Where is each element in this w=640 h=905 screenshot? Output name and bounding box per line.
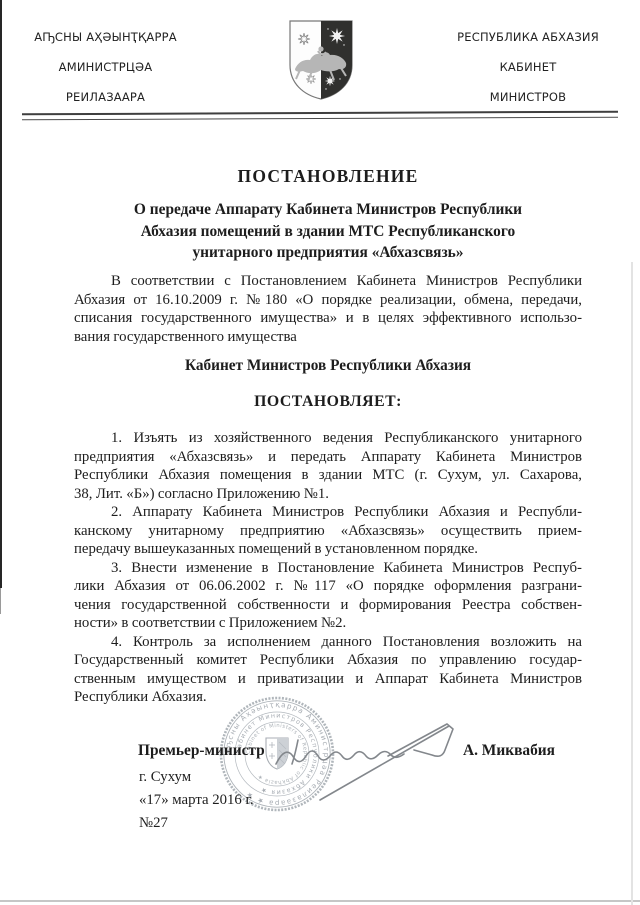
text-line: ности» в соответствии с Приложением №2. xyxy=(74,614,582,633)
header-line: РЕИЛАЗААРА xyxy=(18,82,193,112)
text-line: канскому унитарному предприятию «Абхазсв… xyxy=(74,522,582,541)
document-subject: О передаче Аппарату Кабинета Министров Р… xyxy=(74,199,582,264)
text-line: лики Абхазия от 06.06.2002 г. №117 «О по… xyxy=(74,577,582,596)
document-title: ПОСТАНОВЛЕНИЕ xyxy=(74,166,582,187)
resolution-item-1: 1. Изъять из хозяйственного ведения Респ… xyxy=(74,429,582,503)
text-line: В соответствии с Постановлением Кабинета… xyxy=(74,272,582,291)
scan-artifact-bottom-edge xyxy=(0,900,640,902)
header-russian-text: РЕСПУБЛИКА АБХАЗИЯ КАБИНЕТ МИНИСТРОВ xyxy=(448,22,608,112)
signature-tail xyxy=(320,726,449,800)
text-line: ственным имуществом и приватизации и Апп… xyxy=(74,670,582,689)
resolution-items: 1. Изъять из хозяйственного ведения Респ… xyxy=(74,429,582,707)
text-line: 4. Контроль за исполнением данного Поста… xyxy=(74,633,582,652)
footer-number: №27 xyxy=(139,815,168,832)
scan-artifact-right-edge xyxy=(631,262,633,905)
text-line: 1. Изъять из хозяйственного ведения Респ… xyxy=(74,429,582,448)
subject-line: Абхазия помещений в здании МТС Республик… xyxy=(74,221,582,243)
header-line: МИНИСТРОВ xyxy=(448,82,608,112)
footer-city: г. Сухум xyxy=(139,769,191,786)
scan-artifact-left-edge-fade xyxy=(0,588,1,614)
authority-line: Кабинет Министров Республики Абхазия xyxy=(74,357,582,375)
subject-line: унитарного предприятия «Абхазсвязь» xyxy=(74,242,582,264)
text-line: вания государственного имущества xyxy=(74,328,582,347)
header-line: АҦСНЫ АҲӘЫНҬҚАРРА xyxy=(18,22,193,52)
text-line: 38, Лит. «Б») согласно Приложению №1. xyxy=(74,485,582,504)
text-line: Абхазия от 16.10.2009 г. №180 «О порядке… xyxy=(74,291,582,310)
header-divider xyxy=(22,111,618,121)
header-line: РЕСПУБЛИКА АБХАЗИЯ xyxy=(448,22,608,52)
footer-date: «17» марта 2016 г. xyxy=(139,792,254,809)
resolution-item-2: 2. Аппарату Кабинета Министров Республик… xyxy=(74,503,582,559)
scanned-decree-page: АҦСНЫ АҲӘЫНҬҚАРРА АМИНИСТРЦӘА РЕИЛАЗААРА xyxy=(0,0,640,905)
text-line: Государственный комитет Республики Абхаз… xyxy=(74,651,582,670)
resolution-heading: ПОСТАНОВЛЯЕТ: xyxy=(74,393,582,411)
header-line: АМИНИСТРЦӘА xyxy=(18,52,193,82)
preamble-paragraph: В соответствии с Постановлением Кабинета… xyxy=(74,272,582,346)
text-line: Республики Абхазия помещения в здании МТ… xyxy=(74,466,582,485)
header-abkhaz-text: АҦСНЫ АҲӘЫНҬҚАРРА АМИНИСТРЦӘА РЕИЛАЗААРА xyxy=(18,22,193,112)
text-line: предприятия «Абхазсвязь» и передать Аппа… xyxy=(74,448,582,467)
scan-artifact-left-edge xyxy=(0,0,2,588)
text-line: чения государственной собственности и фо… xyxy=(74,596,582,615)
coat-of-arms-icon xyxy=(288,18,354,102)
subject-line: О передаче Аппарату Кабинета Министров Р… xyxy=(74,199,582,221)
resolution-item-3: 3. Внести изменение в Постановление Каби… xyxy=(74,559,582,633)
header-line: КАБИНЕТ xyxy=(448,52,608,82)
text-line: 3. Внести изменение в Постановление Каби… xyxy=(74,559,582,578)
text-line: передачу вышеуказанных помещений в устан… xyxy=(74,540,582,559)
text-line: списания государственного имущества» и в… xyxy=(74,309,582,328)
handwritten-signature xyxy=(238,698,488,828)
text-line: 2. Аппарату Кабинета Министров Республик… xyxy=(74,503,582,522)
